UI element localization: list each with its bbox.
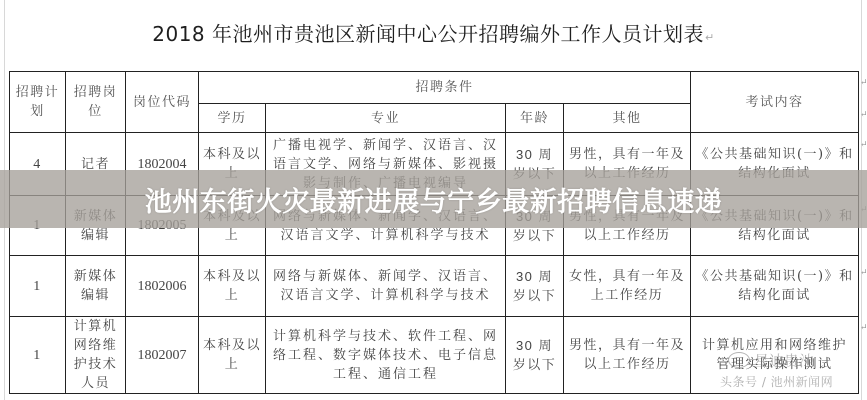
header-code: 岗位代码 (126, 72, 199, 133)
paragraph-mark-icon: ↵ (860, 110, 867, 120)
cell-education: 本科及以上 (199, 256, 266, 317)
header-education: 学历 (199, 104, 266, 133)
cell-code: 1802006 (126, 256, 199, 317)
cell-exam: 《公共基础知识(一)》和结构化面试 (691, 256, 859, 317)
table-row: 1 新媒体编辑 1802006 本科及以上 网络与新媒体、新闻学、汉语言、汉语言… (10, 256, 859, 317)
source-watermark: 头条号 / 池州新闻网 (720, 373, 833, 390)
paragraph-mark-icon: ↵ (860, 323, 867, 333)
chat-bubble-icon (728, 352, 750, 368)
cell-education: 本科及以上 (199, 317, 266, 394)
headline-text: 池州东街火灾最新进展与宁乡最新招聘信息速递 (145, 180, 723, 219)
document-title-text: 2018 年池州市贵池区新闻中心公开招聘编外工作人员计划表 (152, 22, 704, 46)
paragraph-mark-icon: ↵ (860, 140, 867, 150)
header-exam: 考试内容 (691, 72, 859, 133)
header-conditions-group: 招聘条件 (199, 72, 691, 104)
cell-age: 30 周岁以下 (506, 317, 564, 394)
cell-age: 30 周岁以下 (506, 256, 564, 317)
header-age: 年龄 (506, 104, 564, 133)
cell-plan: 1 (10, 256, 66, 317)
logo-watermark: 星迪贵池 (728, 348, 846, 372)
document-title: 2018 年池州市贵池区新闻中心公开招聘编外工作人员计划表↵ (0, 18, 867, 47)
cell-position: 新媒体编辑 (66, 256, 126, 317)
headline-banner: 池州东街火灾最新进展与宁乡最新招聘信息速递 (0, 170, 867, 228)
header-position: 招聘岗位 (66, 72, 126, 133)
header-major: 专业 (266, 104, 506, 133)
cell-major: 计算机科学与技术、软件工程、网络工程、数字媒体技术、电子信息工程、通信工程 (266, 317, 506, 394)
paragraph-mark-icon: ↵ (860, 268, 867, 278)
paragraph-mark-icon: ↵ (860, 78, 867, 88)
header-other: 其他 (564, 104, 691, 133)
cell-position: 计算机网络维护技术人员 (66, 317, 126, 394)
cell-major: 网络与新媒体、新闻学、汉语言、汉语言文学、计算机科学与技术 (266, 256, 506, 317)
cell-other: 女性，具有一年及上工作经历 (564, 256, 691, 317)
table-header-row: 招聘计划 招聘岗位 岗位代码 招聘条件 考试内容 (10, 72, 859, 104)
logo-watermark-text: 星迪贵池 (754, 350, 814, 371)
header-plan: 招聘计划 (10, 72, 66, 133)
paragraph-mark-icon: ↵ (705, 31, 715, 44)
recruitment-plan-table: 招聘计划 招聘岗位 岗位代码 招聘条件 考试内容 学历 专业 年龄 其他 4 记… (9, 71, 859, 394)
cell-plan: 1 (10, 317, 66, 394)
cell-other: 男性，具有一年及以上工作经历 (564, 317, 691, 394)
cell-code: 1802007 (126, 317, 199, 394)
